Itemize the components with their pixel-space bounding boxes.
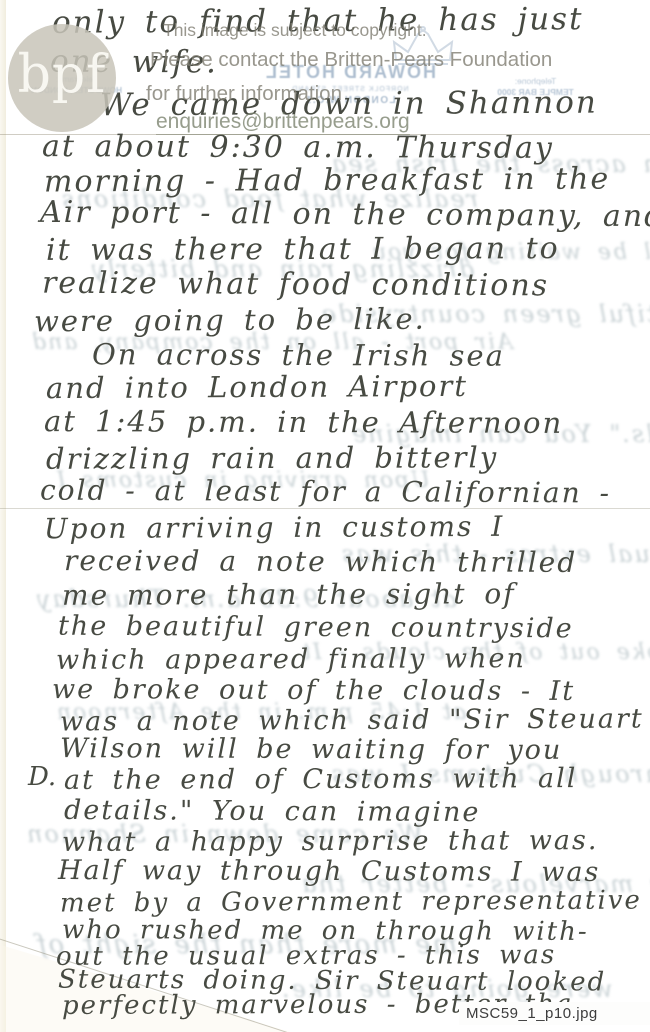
handwriting-line: at the end of Customs with all [64, 763, 577, 796]
handwriting-line: was a note which said "Sir Steuart [60, 703, 644, 737]
handwriting-line: received a note which thrilled [64, 544, 577, 579]
handwriting-line: we broke out of the clouds - It [52, 674, 575, 707]
handwriting-line: it was there that I began to [46, 231, 560, 268]
handwriting-line: Upon arriving in customs I [44, 510, 504, 545]
handwriting-line: Air port - all on the company, and [40, 195, 650, 234]
handwriting-line: met by a Government representative [60, 885, 642, 918]
handwriting-line: drizzling rain and bitterly [46, 440, 498, 476]
scan-edge [0, 0, 6, 1032]
copyright-watermark-line1: This image is subject to copyright. [163, 20, 427, 41]
handwriting-line: cold - at least for a Californian - [40, 474, 611, 510]
handwriting-line: Half way through Customs I was [58, 855, 600, 888]
handwriting-line: and into London Airport [46, 369, 468, 405]
handwriting-line: what a happy surprise that was. [62, 825, 599, 858]
handwriting-line: details." You can imagine [64, 795, 481, 828]
copyright-watermark-email: enquiries@brittenpears.org [156, 110, 410, 135]
handwriting-line: the beautiful green countryside [58, 611, 574, 645]
copyright-watermark-line2: Please contact the Britten-Pears Foundat… [150, 48, 552, 72]
handwriting-line: me more than the sight of [62, 577, 516, 612]
copyright-watermark-line3: for further information [146, 82, 342, 106]
handwriting-line: On across the Irish sea [92, 337, 505, 372]
handwriting-line: at 1:45 p.m. in the Afternoon [44, 404, 563, 440]
bpf-logo-text: bpf [18, 49, 107, 107]
scanned-letter-page: On across the Irish searealize what food… [0, 0, 650, 1032]
handwriting-line: were going to be like. [34, 302, 426, 339]
handwriting-line: which appeared finally when [56, 643, 526, 676]
handwriting-line: morning - Had breakfast in the [44, 162, 610, 200]
handwriting-line: Wilson will be waiting for you [60, 733, 562, 766]
handwriting-line: realize what food conditions [42, 266, 549, 304]
bpf-logo: bpf [8, 24, 116, 132]
margin-note: D. [28, 762, 56, 792]
filename-label: MSC59_1_p10.jpg [459, 1002, 650, 1025]
